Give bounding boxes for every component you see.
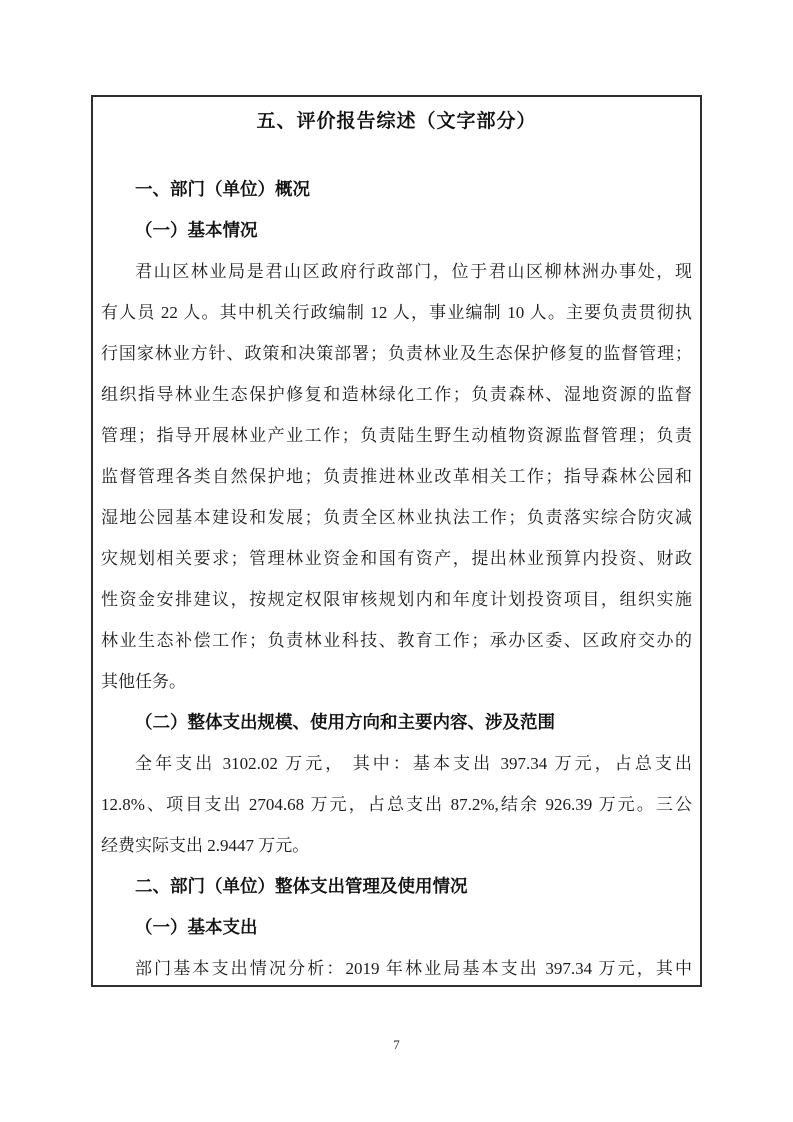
text-line: 有人员 22 人。其中机关行政编制 12 人，事业编制 10 人。主要负责贯彻执 — [101, 292, 692, 333]
paragraph-basic-info: 君山区林业局是君山区政府行政部门，位于君山区柳林洲办事处，现有人员 22 人。其… — [101, 251, 692, 702]
text-line: 性资金安排建议，按规定权限审核规划内和年度计划投资项目，组织实施 — [101, 579, 692, 620]
heading-expenditure-management: 二、部门（单位）整体支出管理及使用情况 — [101, 866, 692, 907]
report-border-box: 五、评价报告综述（文字部分） 一、部门（单位）概况 （一）基本情况 君山区林业局… — [91, 95, 702, 987]
text-line: 林业生态补偿工作；负责林业科技、教育工作；承办区委、区政府交办的 — [101, 620, 692, 661]
heading-basic-info: （一）基本情况 — [101, 210, 692, 251]
text-line: 部门基本支出情况分析：2019 年林业局基本支出 397.34 万元，其中 — [101, 948, 692, 989]
heading-department-overview: 一、部门（单位）概况 — [101, 169, 692, 210]
paragraph-basic-expenditure: 部门基本支出情况分析：2019 年林业局基本支出 397.34 万元，其中 — [101, 948, 692, 989]
text-line: 全年支出 3102.02 万元， 其中：基本支出 397.34 万元，占总支出 — [101, 743, 692, 784]
text-line: 组织指导林业生态保护修复和造林绿化工作；负责森林、湿地资源的监督 — [101, 374, 692, 415]
heading-overall-expenditure: （二）整体支出规模、使用方向和主要内容、涉及范围 — [101, 702, 692, 743]
document-page: 五、评价报告综述（文字部分） 一、部门（单位）概况 （一）基本情况 君山区林业局… — [0, 0, 793, 1122]
paragraph-overall-expenditure: 全年支出 3102.02 万元， 其中：基本支出 397.34 万元，占总支出1… — [101, 743, 692, 866]
text-line: 灾规划相关要求；管理林业资金和国有资产，提出林业预算内投资、财政 — [101, 538, 692, 579]
page-number: 7 — [0, 1035, 793, 1055]
heading-basic-expenditure: （一）基本支出 — [101, 907, 692, 948]
report-title: 五、评价报告综述（文字部分） — [101, 101, 692, 142]
text-line: 行国家林业方针、政策和决策部署；负责林业及生态保护修复的监督管理； — [101, 333, 692, 374]
text-line: 监督管理各类自然保护地；负责推进林业改革相关工作；指导森林公园和 — [101, 456, 692, 497]
title-gap — [101, 142, 692, 169]
text-line: 经费实际支出 2.9447 万元。 — [101, 825, 692, 866]
text-line: 君山区林业局是君山区政府行政部门，位于君山区柳林洲办事处，现 — [101, 251, 692, 292]
text-line: 湿地公园基本建设和发展；负责全区林业执法工作；负责落实综合防灾减 — [101, 497, 692, 538]
text-line: 其他任务。 — [101, 661, 692, 702]
text-line: 管理；指导开展林业产业工作；负责陆生野生动植物资源监督管理；负责 — [101, 415, 692, 456]
text-line: 12.8%、项目支出 2704.68 万元，占总支出 87.2%,结余 926.… — [101, 784, 692, 825]
